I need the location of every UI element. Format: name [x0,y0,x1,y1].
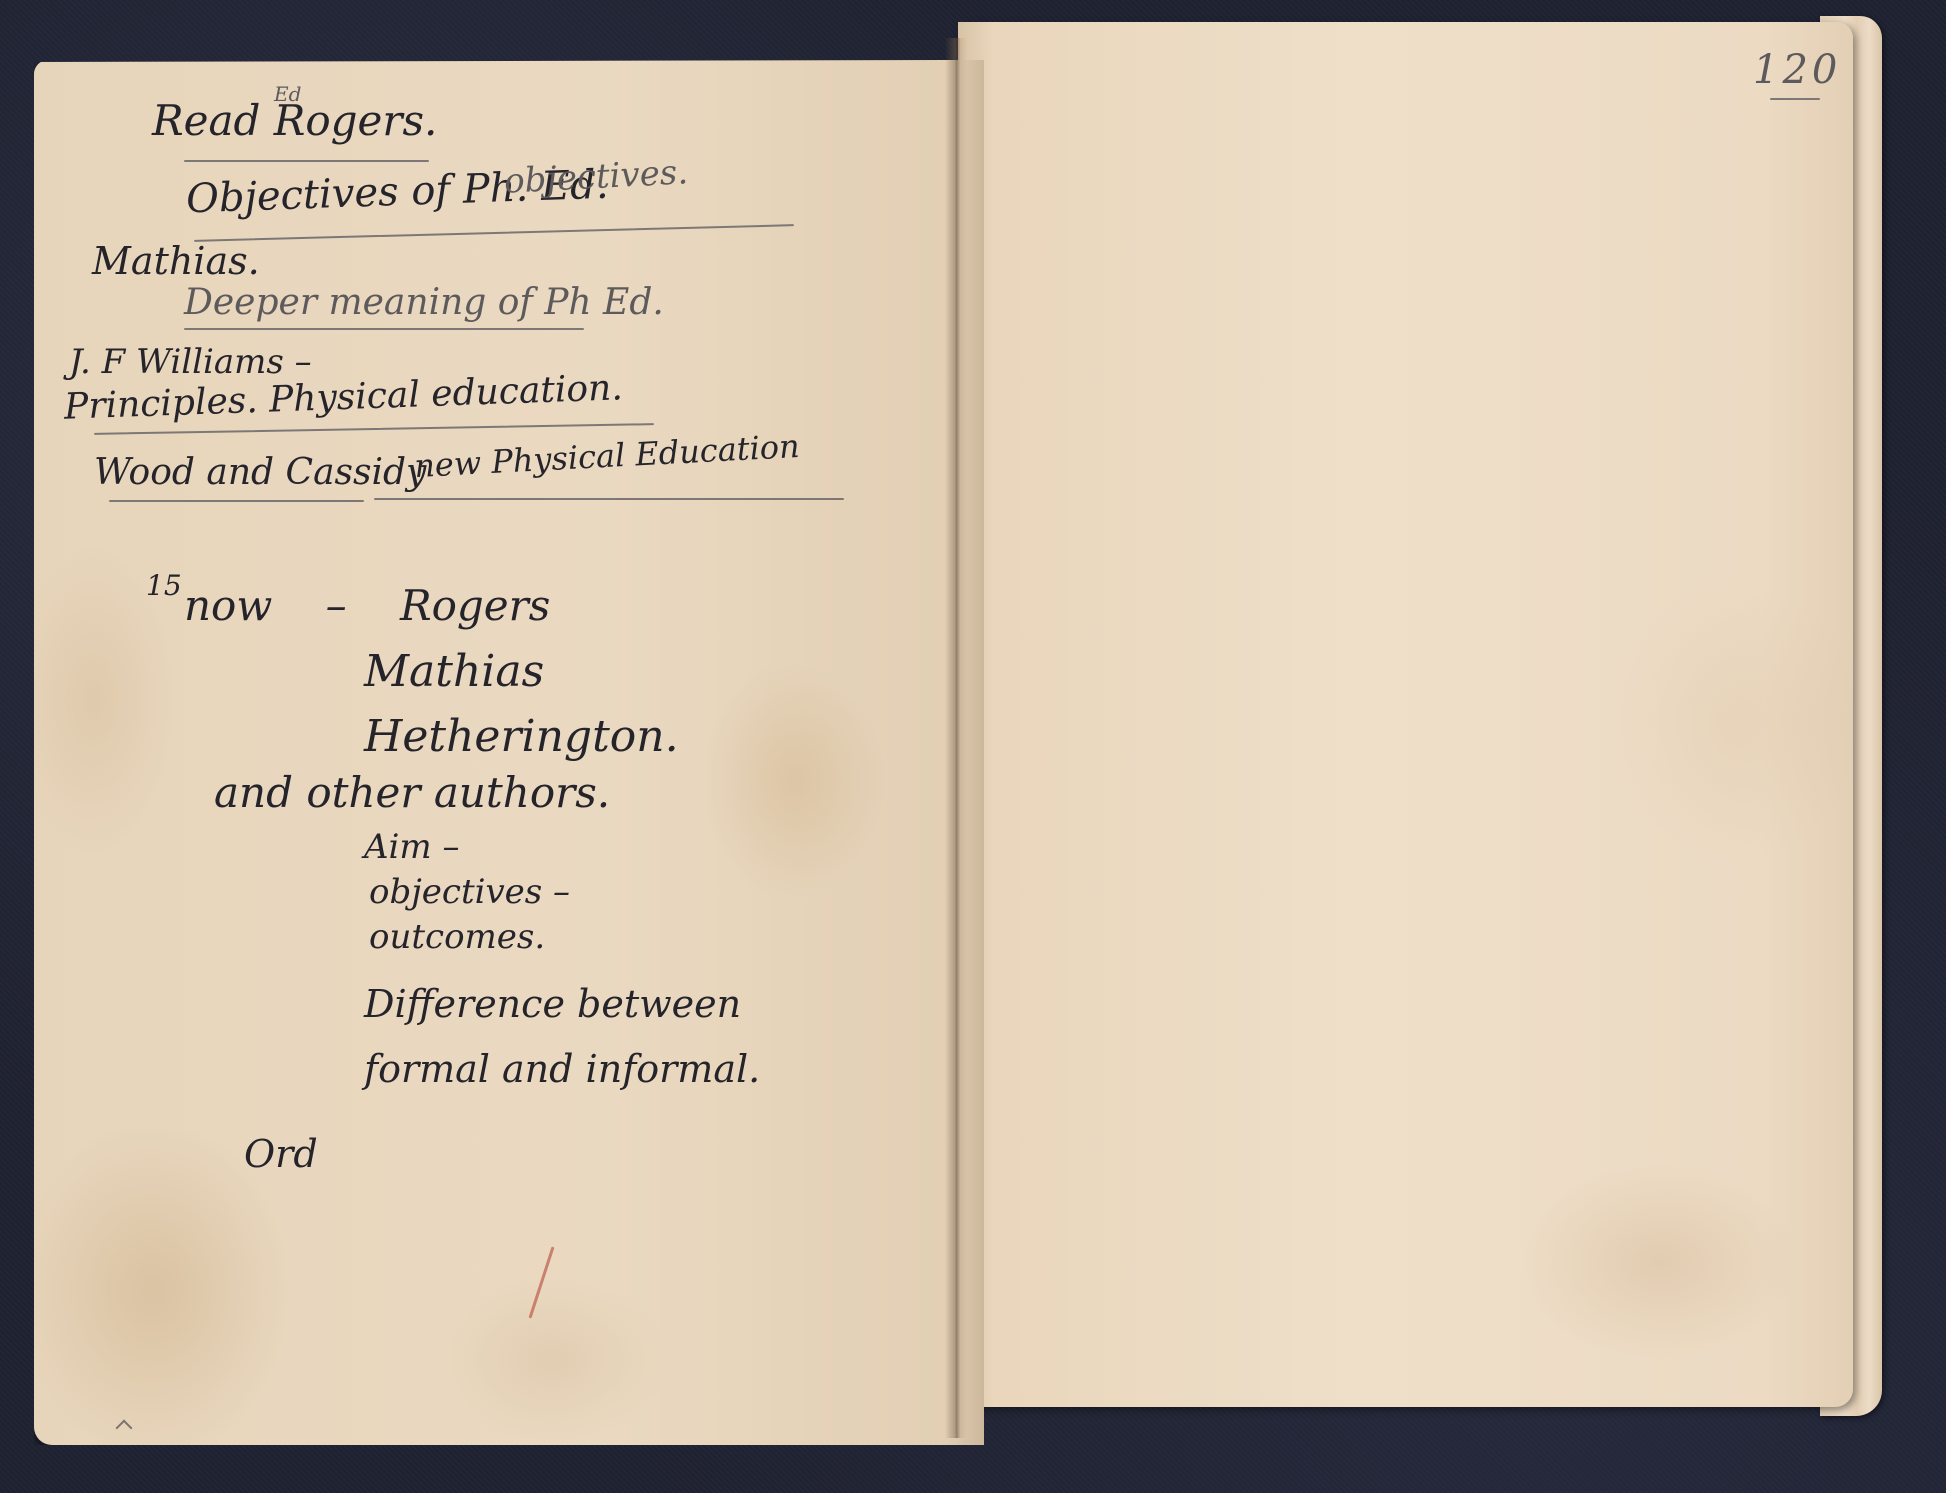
note-mathias: Mathias. [92,242,260,280]
note-deeper-meaning: Deeper meaning of Ph Ed. [184,285,664,321]
note-outcomes: outcomes. [369,920,545,954]
right-page: 120 [958,22,1853,1407]
underline-6 [374,498,844,500]
note-objectives-list: objectives – [369,875,570,909]
note-new-physical-education: new Physical Education [413,430,800,482]
note-jf-williams: J. F Williams – [69,345,312,379]
page-number: 120 [1753,50,1841,90]
note-hetherington: Hetherington. [364,715,679,759]
notebook-scene: 120 Ed Read Rogers. Objectives of Ph. Ed… [0,0,1946,1493]
underline-5 [109,500,364,502]
page-number-underline [1770,98,1820,100]
underline-2 [194,224,794,242]
note-other-authors: and other authors. [214,772,610,814]
note-aim: Aim – [364,830,459,864]
note-number-15: 15 [146,572,182,600]
note-wood-cassidy: Wood and Cassidy [94,455,426,491]
spine-gutter [945,38,967,1438]
underline-1 [184,160,429,162]
underline-4 [94,423,654,435]
note-objectives-pencil: objectives. [503,155,689,199]
note-now-rogers: now – Rogers [184,585,550,627]
underline-3 [184,328,584,330]
note-difference-between: Difference between [364,985,741,1023]
note-formal-informal: formal and informal. [364,1050,760,1088]
left-page: Ed Read Rogers. Objectives of Ph. Ed. ob… [34,60,984,1445]
note-read-rogers: Read Rogers. [152,100,437,142]
note-mathias-2: Mathias [364,650,544,694]
note-ord: Ord [244,1135,318,1173]
